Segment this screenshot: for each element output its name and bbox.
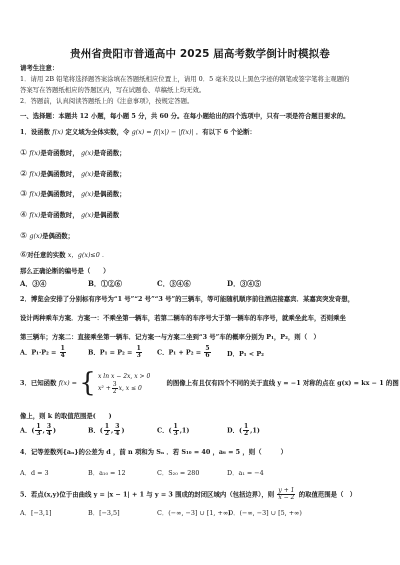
q1-option-a: A．③④ xyxy=(20,280,46,288)
q1-option-c: C．③④⑥ xyxy=(157,280,191,288)
fraction: 13 xyxy=(35,424,41,437)
denominator: 2 xyxy=(113,389,117,395)
q2-option-d: D．P₁ < P₂ xyxy=(227,350,264,358)
notice-line-3: 2．答题前，认真阅读答题纸上的《注意事项》，按规定答题。 xyxy=(20,97,193,105)
claim-math: f(x) xyxy=(29,170,40,178)
denominator: 3 xyxy=(137,353,141,359)
claim-text: 是偶函数时， xyxy=(40,190,78,198)
claim-number: ① xyxy=(20,148,27,157)
q5-stem-text-2: 的取值范围是（ ） xyxy=(299,491,357,499)
q3-stem: 3．已知函数 f(x) = { x ln x − 2x, x > 0 x² +3… xyxy=(20,370,399,396)
q5-option-b: B．[−3,5] xyxy=(88,509,120,517)
claim-math: g(x) xyxy=(81,149,94,157)
q4-stem: 4．记等差数列{aₙ}的公差为 d ，前 n 项和为 Sₙ ．若 S₁₀ = 4… xyxy=(20,448,287,456)
section-heading: 一、选择题：本题共 12 小题，每小题 5 分，共 60 分。在每小题给出的四个… xyxy=(20,112,350,120)
q1-stem-text: 1．设函数 xyxy=(20,128,50,136)
option-expr: P₁ < P₂ xyxy=(239,350,264,358)
fraction: 56 xyxy=(204,346,210,359)
fraction: 34 xyxy=(46,424,52,437)
q1-gx-def: g(x) = f(|x|) − |f(x)| xyxy=(132,128,194,136)
claim-text: 是奇函数； xyxy=(94,170,126,178)
q3-suffix: 的图像上有且仅有四个不同的关于直线 y = −1 对称的点在 g(x) = kx… xyxy=(167,379,399,387)
q1-stem-text-2: 定义域为全体实数，令 xyxy=(65,128,129,136)
case-2-b: x, x ≤ 0 xyxy=(119,385,142,392)
fraction: 34 xyxy=(114,424,120,437)
q2-option-c: C．P₁ + P₂ = 56 xyxy=(157,346,212,359)
claim-math: f(x) xyxy=(29,211,40,219)
q5-stem-text: 5．若点(x,y)位于由曲线 y = |x − 1| + 1 与 y = 3 围… xyxy=(20,491,274,499)
claim-text: 是奇函数时， xyxy=(40,149,78,157)
denominator: 3 xyxy=(174,431,178,437)
fraction: y + 1x − 2 xyxy=(277,488,295,501)
denominator: 3 xyxy=(36,431,40,437)
option-label: D． xyxy=(227,350,239,358)
q2-line-2: 设计两种乘车方案．方案一：不乘坐第一辆车，若第二辆车的车序号大于第一辆车的车序号… xyxy=(20,314,346,322)
denominator: 4 xyxy=(47,431,51,437)
denominator: 2 xyxy=(105,431,109,437)
denominator: 4 xyxy=(61,353,65,359)
claim-number: ③ xyxy=(20,189,27,198)
case-2: x² +32x, x ≤ 0 xyxy=(98,382,150,395)
q3-option-d: D．(12,1) xyxy=(227,424,260,437)
claim-text: 是偶函数； xyxy=(94,190,126,198)
q2-line-1: 2．博览会安排了分别标有序号为“1 号”“2 号”“3 号”的三辆车，等可能随机… xyxy=(20,295,354,303)
q3-fx: f(x) = xyxy=(59,379,77,387)
q3-line-2: 像上，则 k 的取值范围是( ) xyxy=(20,412,112,420)
q3-option-a: A．(13,34) xyxy=(20,424,56,437)
case-1: x ln x − 2x, x > 0 xyxy=(98,371,150,382)
option-label: A． xyxy=(20,427,31,435)
fraction: 12 xyxy=(104,424,110,437)
claim-number: ② xyxy=(20,169,27,178)
notice-line-2: 答案写在答题纸相应的答题区内，写在试题卷、草稿纸上均无效。 xyxy=(20,86,205,94)
fraction: 12 xyxy=(243,424,249,437)
option-label: B． xyxy=(88,427,100,435)
q4-option-a: A．d = 3 xyxy=(20,469,49,477)
option-label: D． xyxy=(227,427,239,435)
option-label: B． xyxy=(88,349,100,357)
q1-claim-1: ① f(x)是奇函数时， g(x)是奇函数； xyxy=(20,149,126,157)
claim-text: 对任意的实数 xyxy=(27,251,65,259)
q1-option-b: B．①②⑥ xyxy=(88,280,122,288)
q1-option-d: D．③④⑤ xyxy=(227,280,261,288)
claim-math: g(x) xyxy=(81,211,94,219)
denominator: 4 xyxy=(115,431,119,437)
fraction: 14 xyxy=(60,346,66,359)
fraction: 32 xyxy=(112,382,118,395)
case-2-a: x² + xyxy=(98,385,111,392)
q2-line-3: 第三辆车；方案二：直接乘坐第一辆车．记方案一与方案二坐到“3 号”车的概率分别为… xyxy=(20,333,320,341)
option-expr: P₁·P₂ = xyxy=(31,349,56,357)
claim-math: g(x) xyxy=(29,232,42,240)
option-label: A． xyxy=(20,349,31,357)
q3-prefix: 3．已知函数 xyxy=(20,379,56,387)
piecewise-brace: { xyxy=(79,370,96,396)
page-title: 贵州省贵阳市普通高中 2025 届高考数学倒计时模拟卷 xyxy=(0,46,400,61)
q1-claim-3: ③ f(x)是偶函数时， g(x)是偶函数； xyxy=(20,190,126,198)
fraction: 13 xyxy=(173,424,179,437)
q1-claim-4: ④ f(x)是奇函数时， g(x)是偶函数 xyxy=(20,211,119,219)
piecewise-cases: x ln x − 2x, x > 0 x² +32x, x ≤ 0 xyxy=(98,371,150,395)
q5-option-d: D．(−∞, −3] ∪ [5, +∞) xyxy=(228,509,302,517)
q4-option-b: B．a₁₀ = 12 xyxy=(88,469,126,477)
q1-stem: 1．设函数 f(x) 定义域为全体实数，令 g(x) = f(|x|) − |f… xyxy=(20,128,256,136)
option-label: C． xyxy=(157,349,168,357)
q3-option-c: C．(13,1) xyxy=(157,424,189,437)
claim-text: ，g(x)≤0 ． xyxy=(71,251,108,259)
claim-number: ④ xyxy=(20,210,27,219)
notice-line-1: 1．请用 2B 铅笔将选择题答案涂填在答题纸相应位置上，请用 0．5 毫米及以上… xyxy=(20,75,349,83)
q5-stem: 5．若点(x,y)位于由曲线 y = |x − 1| + 1 与 y = 3 围… xyxy=(20,488,356,501)
q2-option-a: A．P₁·P₂ = 14 xyxy=(20,346,67,359)
claim-text: 是偶函数； xyxy=(42,232,74,240)
claim-text: 是偶函数时， xyxy=(40,170,78,178)
q5-option-c: C．(−∞, −3] ∪ [1, +∞) xyxy=(157,509,231,517)
option-expr: P₁ + P₂ = xyxy=(168,349,201,357)
q5-option-a: A．[−3,1] xyxy=(20,509,52,517)
fraction: 13 xyxy=(136,346,142,359)
claim-text: 是奇函数； xyxy=(94,149,126,157)
denominator: 2 xyxy=(244,431,248,437)
q1-ask: 那么正确论断的编号是（ ） xyxy=(20,267,109,275)
option-label: C． xyxy=(157,427,168,435)
q1-claim-2: ② f(x)是偶函数时， g(x)是奇函数； xyxy=(20,170,126,178)
claim-math: g(x) xyxy=(81,170,94,178)
claim-text: 是偶函数 xyxy=(94,211,120,219)
claim-text: 是奇函数时， xyxy=(40,211,78,219)
q4-option-c: C．S₂₀ = 280 xyxy=(157,469,199,477)
claim-number: ⑤ xyxy=(20,231,27,240)
notice-heading: 请考生注意： xyxy=(20,64,58,72)
denominator: 6 xyxy=(205,353,209,359)
q3-option-b: B．(12,34) xyxy=(88,424,124,437)
claim-math: g(x) xyxy=(81,190,94,198)
option-expr: P₁ = P₂ = xyxy=(100,349,133,357)
claim-math: f(x) xyxy=(29,190,40,198)
q1-stem-text-3: ．有以下 6 个论断： xyxy=(196,128,256,136)
q2-option-b: B．P₁ = P₂ = 13 xyxy=(88,346,143,359)
q1-fx: f(x) xyxy=(52,128,63,136)
denominator: x − 2 xyxy=(278,495,294,501)
q1-claim-6: ⑥对任意的实数 x，g(x)≤0 ． xyxy=(20,251,108,259)
claim-math: f(x) xyxy=(29,149,40,157)
q4-option-d: D．a₁ = −4 xyxy=(227,469,264,477)
q1-claim-5: ⑤ g(x)是偶函数； xyxy=(20,232,74,240)
